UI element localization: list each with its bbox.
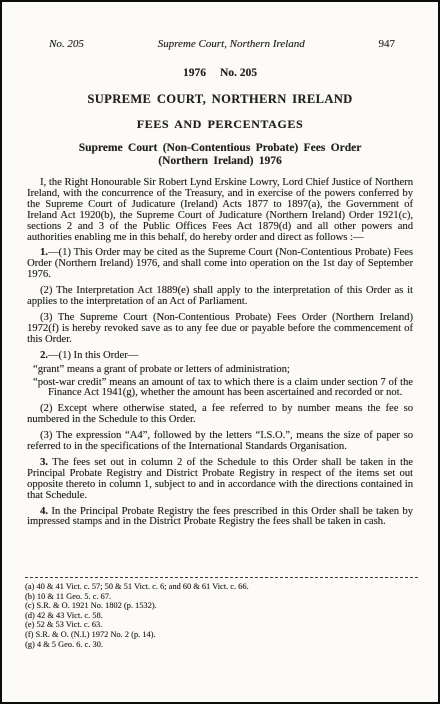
footnote-a: (a) 40 & 41 Vict. c. 57; 50 & 51 Vict. c… xyxy=(25,582,418,592)
definition-post-war-credit: “post-war credit” means an amount of tax… xyxy=(27,378,413,400)
definition-grant: “grant” means a grant of probate or lett… xyxy=(27,365,413,376)
footnote-block: (a) 40 & 41 Vict. c. 57; 50 & 51 Vict. c… xyxy=(25,577,418,649)
section-1-2: (2) The Interpretation Act 1889(e) shall… xyxy=(27,286,413,308)
running-header: No. 205 Supreme Court, Northern Ireland … xyxy=(27,38,413,50)
section-4: 4. In the Principal Probate Registry the… xyxy=(27,507,413,529)
footnote-b: (b) 10 & 11 Geo. 5. c. 67. xyxy=(25,592,418,602)
section-3-number: 3. xyxy=(40,457,48,468)
definition-post-war-credit-text: “post-war credit” means an amount of tax… xyxy=(48,378,413,400)
section-3-text: The fees set out in column 2 of the Sche… xyxy=(27,457,413,501)
preamble-paragraph: I, the Right Honourable Sir Robert Lynd … xyxy=(27,178,413,243)
page-number: 947 xyxy=(378,38,395,50)
section-4-text: In the Principal Probate Registry the fe… xyxy=(27,506,413,528)
section-2-3: (3) The expression “A4”, followed by the… xyxy=(27,431,413,453)
running-header-number: No. 205 xyxy=(49,38,84,50)
order-body: I, the Right Honourable Sir Robert Lynd … xyxy=(27,178,413,528)
heading-number: No. 205 xyxy=(220,67,257,79)
footnote-f: (f) S.R. & O. (N.I.) 1972 No. 2 (p. 14). xyxy=(25,630,418,640)
heading-year: 1976 xyxy=(183,67,206,79)
section-1-1-text: —(1) This Order may be cited as the Supr… xyxy=(27,247,413,280)
section-4-number: 4. xyxy=(40,506,48,517)
section-1-3: (3) The Supreme Court (Non-Contentious P… xyxy=(27,313,413,346)
definition-grant-text: “grant” means a grant of probate or lett… xyxy=(48,365,413,376)
section-3: 3. The fees set out in column 2 of the S… xyxy=(27,458,413,502)
section-1-number: 1. xyxy=(40,247,48,258)
section-2-1: 2.—(1) In this Order— xyxy=(27,351,413,362)
section-2-1-text: —(1) In this Order— xyxy=(48,350,138,361)
footnote-d: (d) 42 & 43 Vict. c. 58. xyxy=(25,611,418,621)
page-content: No. 205 Supreme Court, Northern Ireland … xyxy=(2,2,438,528)
section-2-2: (2) Except where otherwise stated, a fee… xyxy=(27,404,413,426)
footnote-divider xyxy=(25,577,418,578)
section-1-1: 1.—(1) This Order may be cited as the Su… xyxy=(27,248,413,281)
court-heading: SUPREME COURT, NORTHERN IRELAND xyxy=(27,92,413,107)
running-header-title: Supreme Court, Northern Ireland xyxy=(158,38,305,50)
footnote-g: (g) 4 & 5 Geo. 6. c. 30. xyxy=(25,640,418,650)
section-2-number: 2. xyxy=(40,350,48,361)
footnote-list: (a) 40 & 41 Vict. c. 57; 50 & 51 Vict. c… xyxy=(25,582,418,649)
document-page: No. 205 Supreme Court, Northern Ireland … xyxy=(0,0,440,704)
order-title-line1: Supreme Court (Non-Contentious Probate) … xyxy=(79,142,362,154)
order-title: Supreme Court (Non-Contentious Probate) … xyxy=(27,142,413,167)
footnote-c: (c) S.R. & O. 1921 No. 1802 (p. 1532). xyxy=(25,601,418,611)
year-number-heading: 1976No. 205 xyxy=(27,67,413,79)
category-heading: FEES AND PERCENTAGES xyxy=(27,117,413,132)
order-title-line2: (Northern Ireland) 1976 xyxy=(158,155,282,167)
footnote-e: (e) 52 & 53 Vict. c. 63. xyxy=(25,620,418,630)
